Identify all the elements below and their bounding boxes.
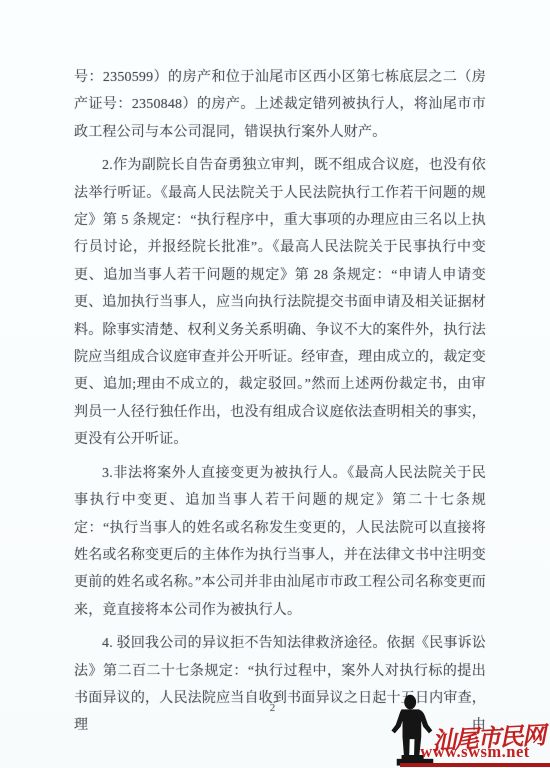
site-url-underline: www.swsm.net bbox=[400, 742, 550, 767]
site-url-text: www.swsm.net bbox=[420, 742, 530, 761]
scanned-document-page: 号：2350599）的房产和位于汕尾市区西小区第七栋底层之二（房产证号：2350… bbox=[0, 0, 550, 768]
document-paragraph: 2.作为副院长自告奋勇独立审判，既不组成合议庭，也没有依法举行听证。《最高人民法… bbox=[74, 152, 486, 453]
document-paragraph: 3.非法将案外人直接变更为被执行人。《最高人民法院关于民事执行中变更、追加当事人… bbox=[74, 460, 486, 624]
document-body: 号：2350599）的房产和位于汕尾市区西小区第七栋底层之二（房产证号：2350… bbox=[74, 64, 486, 740]
site-watermark: 汕尾市民网 www.swsm.net bbox=[387, 690, 550, 768]
document-paragraph: 号：2350599）的房产和位于汕尾市区西小区第七栋底层之二（房产证号：2350… bbox=[74, 64, 486, 146]
